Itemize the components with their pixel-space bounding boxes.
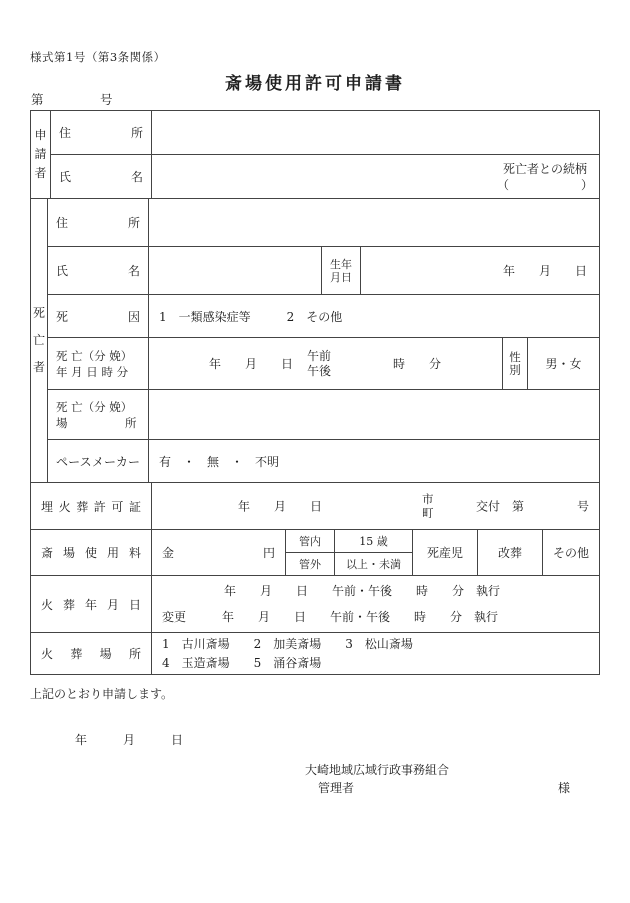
application-table: 申 請 者 住 所 氏 名 死亡者との続柄 （ ） 死 亡 者: [30, 110, 600, 675]
deceased-section-label: 死 亡 者: [31, 199, 48, 482]
fee-amount-field: 金 円: [152, 530, 285, 575]
applicant-address-label: 住 所: [51, 111, 152, 154]
deceased-name-label: 氏 名: [48, 247, 149, 294]
fee-reburial-label: 改葬: [477, 530, 542, 575]
ampm-label: 午前 午後: [307, 349, 331, 379]
deceased-address-label: 住 所: [48, 199, 149, 246]
cremation-date-line2: 変更 年 月 日 午前・午後 時 分 執行: [152, 604, 599, 630]
applicant-name-row: 氏 名 死亡者との続柄 （ ）: [51, 154, 599, 198]
fee-age-bottom-label: 以上・未満: [335, 552, 412, 575]
cause-of-death-row: 死 因 1 一類感染症等 2 その他: [48, 294, 599, 337]
permit-label: 埋 火 葬 許 可 証: [31, 483, 152, 529]
cremation-date-line1: 年 月 日 午前・午後 時 分 執行: [152, 578, 599, 604]
fee-area-inside-label: 管内: [286, 530, 334, 552]
birthdate-label: 生年 月日: [321, 247, 360, 294]
form-number-note: 様式第1号（第3条関係）: [30, 49, 166, 65]
death-date-text: 年 月 日: [209, 355, 293, 372]
addressee-line: 管理者 様: [318, 779, 570, 796]
permit-city-town-label: 市 町: [422, 492, 434, 520]
manager-label: 管理者: [318, 779, 354, 796]
permit-date-text: 年 月 日: [238, 498, 322, 515]
footer-date-line: 年 月 日: [75, 731, 183, 748]
cremation-date-row: 火 葬 年 月 日 年 月 日 午前・午後 時 分 執行 変更 年 月 日 午前…: [31, 575, 599, 632]
sex-options: 男・女: [527, 338, 599, 389]
applicant-name-field: 死亡者との続柄 （ ）: [152, 155, 599, 198]
applicant-address-field: [152, 111, 599, 154]
relation-to-deceased-note: 死亡者との続柄 （ ）: [497, 161, 593, 193]
page-title: 斎場使用許可申請書: [0, 69, 630, 94]
death-place-row: 死 亡（分 娩） 場 所: [48, 389, 599, 439]
deceased-address-row: 住 所: [48, 199, 599, 246]
death-datetime-row: 死 亡（分 娩） 年 月 日 時 分 年 月 日 午前 午後 時 分 性 別 男…: [48, 337, 599, 389]
applicant-address-row: 住 所: [51, 111, 599, 154]
deceased-name-blank: [149, 247, 321, 294]
deceased-name-row: 氏 名 生年 月日 年 月 日: [48, 246, 599, 294]
applicant-section: 申 請 者 住 所 氏 名 死亡者との続柄 （ ）: [31, 111, 599, 198]
cremation-place-field: 1 古川斎場 2 加美斎場 3 松山斎場 4 玉造斎場 5 涌谷斎場: [152, 633, 599, 674]
cause-of-death-label: 死 因: [48, 295, 149, 337]
fee-other-label: その他: [542, 530, 599, 575]
deceased-address-field: [149, 199, 599, 246]
cremation-place-options-2: 4 玉造斎場 5 涌谷斎場: [162, 654, 599, 673]
cremation-place-label: 火 葬 場 所: [31, 633, 152, 674]
fee-age-top-label: 15 歳: [335, 530, 412, 552]
cremation-date-field: 年 月 日 午前・午後 時 分 執行 変更 年 月 日 午前・午後 時 分 執行: [152, 576, 599, 632]
fee-field: 金 円 管内 管外 15 歳 以上・未満 死産児 改葬 その他: [152, 530, 599, 575]
fee-label: 斎 場 使 用 料: [31, 530, 152, 575]
sex-label: 性 別: [502, 338, 527, 389]
permit-field: 年 月 日 市 町 交付 第 号: [152, 483, 599, 529]
death-datetime-label: 死 亡（分 娩） 年 月 日 時 分: [48, 338, 149, 389]
death-place-field: [149, 390, 599, 439]
applicant-section-label: 申 請 者: [31, 111, 51, 198]
cremation-place-options-1: 1 古川斎場 2 加美斎場 3 松山斎場: [162, 635, 599, 654]
application-form-page: 様式第1号（第3条関係） 斎場使用許可申請書 第 号 申 請 者 住 所 氏 名…: [0, 0, 630, 903]
cause-of-death-options: 1 一類感染症等 2 その他: [149, 295, 599, 337]
applicant-name-label: 氏 名: [51, 155, 152, 198]
death-datetime-field: 年 月 日 午前 午後 時 分 性 別 男・女: [149, 338, 599, 389]
permit-number-label: 号: [577, 498, 589, 515]
fee-age-cell: 15 歳 以上・未満: [334, 530, 412, 575]
death-place-label: 死 亡（分 娩） 場 所: [48, 390, 149, 439]
fee-area-outside-label: 管外: [286, 552, 334, 575]
permit-row: 埋 火 葬 許 可 証 年 月 日 市 町 交付 第 号: [31, 482, 599, 529]
deceased-section: 死 亡 者 住 所 氏 名 生年 月日 年 月 日 死 因 1 一類感染: [31, 198, 599, 482]
cremation-date-label: 火 葬 年 月 日: [31, 576, 152, 632]
pacemaker-options: 有 ・ 無 ・ 不明: [149, 440, 599, 482]
cremation-place-row: 火 葬 場 所 1 古川斎場 2 加美斎場 3 松山斎場 4 玉造斎場 5 涌谷…: [31, 632, 599, 674]
document-number-prefix: 第: [31, 90, 44, 108]
document-number-suffix: 号: [100, 90, 113, 108]
honorific-sama: 様: [558, 779, 570, 796]
permit-issue-label: 交付 第: [476, 498, 524, 515]
organization-name: 大崎地域広域行政事務組合: [305, 761, 449, 778]
fee-stillborn-label: 死産児: [412, 530, 477, 575]
deceased-name-field: 生年 月日 年 月 日: [149, 247, 599, 294]
pacemaker-row: ペースメーカー 有 ・ 無 ・ 不明: [48, 439, 599, 482]
birthdate-field: 年 月 日: [360, 247, 599, 294]
fee-row: 斎 場 使 用 料 金 円 管内 管外 15 歳 以上・未満 死産児 改葬 その…: [31, 529, 599, 575]
fee-area-cell: 管内 管外: [285, 530, 334, 575]
pacemaker-label: ペースメーカー: [48, 440, 149, 482]
death-time-text: 時 分: [393, 355, 441, 372]
application-statement: 上記のとおり申請します。: [30, 685, 173, 702]
